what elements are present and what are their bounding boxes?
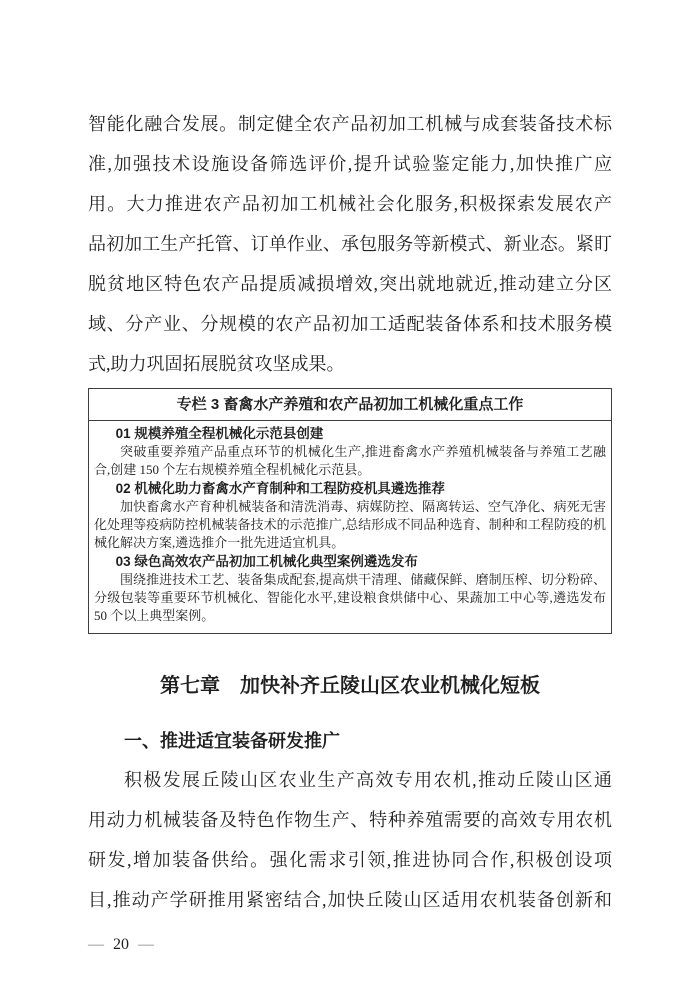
callout-item-01: 01 规模养殖全程机械化示范县创建 突破重要养殖产品重点环节的机械化生产,推进畜… <box>94 424 606 479</box>
chapter-heading: 第七章加快补齐丘陵山区农业机械化短板 <box>88 672 612 700</box>
callout-item-03: 03 绿色高效农产品初加工机械化典型案例遴选发布 围绕推进技术工艺、装备集成配套… <box>94 552 606 625</box>
text-line: 准,加强技术设施设备筛选评价,提升试验鉴定能力,加快推广应 <box>88 144 612 184</box>
callout-item-body: 突破重要养殖产品重点环节的机械化生产,推进畜禽水产养殖机械装备与养殖工艺融合,创… <box>94 443 606 479</box>
callout-item-heading: 01 规模养殖全程机械化示范县创建 <box>94 424 606 443</box>
section-heading: 一、推进适宜装备研发推广 <box>88 728 612 754</box>
document-page: 智能化融合发展。制定健全农产品初加工机械与成套装备技术标 准,加强技术设施设备筛… <box>0 0 700 989</box>
text-line: 目,推动产学研推用紧密结合,加快丘陵山区适用农机装备创新和 <box>88 880 612 920</box>
page-footer: —20— <box>88 934 612 956</box>
callout-box-title: 专栏 3 畜禽水产养殖和农产品初加工机械化重点工作 <box>89 389 611 421</box>
text-line: 智能化融合发展。制定健全农产品初加工机械与成套装备技术标 <box>88 104 612 144</box>
chapter-title: 加快补齐丘陵山区农业机械化短板 <box>240 675 540 697</box>
text-line: 式,助力巩固拓展脱贫攻坚成果。 <box>88 344 612 384</box>
callout-box: 专栏 3 畜禽水产养殖和农产品初加工机械化重点工作 01 规模养殖全程机械化示范… <box>88 388 612 634</box>
callout-item-heading: 03 绿色高效农产品初加工机械化典型案例遴选发布 <box>94 552 606 571</box>
callout-item-body: 围绕推进技术工艺、装备集成配套,提高烘干清理、储藏保鲜、磨制压榨、切分粉碎、分级… <box>94 571 606 625</box>
callout-box-body: 01 规模养殖全程机械化示范县创建 突破重要养殖产品重点环节的机械化生产,推进畜… <box>89 421 611 633</box>
text-line: 研发,增加装备供给。强化需求引领,推进协同合作,积极创设项 <box>88 840 612 880</box>
callout-item-body: 加快畜禽水产育种机械装备和清洗消毒、病媒防控、隔离转运、空气净化、病死无害化处理… <box>94 498 606 552</box>
text-line: 域、分产业、分规模的农产品初加工适配装备体系和技术服务模 <box>88 304 612 344</box>
page-number: 20 <box>113 936 129 953</box>
callout-item-heading: 02 机械化助力畜禽水产育制种和工程防疫机具遴选推荐 <box>94 479 606 498</box>
text-line: 用。大力推进农产品初加工机械社会化服务,积极探索发展农产 <box>88 184 612 224</box>
chapter-label: 第七章 <box>160 675 220 697</box>
paragraph-intro: 智能化融合发展。制定健全农产品初加工机械与成套装备技术标 准,加强技术设施设备筛… <box>88 104 612 384</box>
text-line: 用动力机械装备及特色作物生产、特种养殖需要的高效专用农机 <box>88 800 612 840</box>
text-line: 积极发展丘陵山区农业生产高效专用农机,推动丘陵山区通 <box>88 760 612 800</box>
text-line: 脱贫地区特色农产品提质减损增效,突出就地就近,推动建立分区 <box>88 264 612 304</box>
footer-dash-left: — <box>88 936 104 953</box>
paragraph-body: 积极发展丘陵山区农业生产高效专用农机,推动丘陵山区通 用动力机械装备及特色作物生… <box>88 760 612 920</box>
callout-item-02: 02 机械化助力畜禽水产育制种和工程防疫机具遴选推荐 加快畜禽水产育种机械装备和… <box>94 479 606 552</box>
footer-dash-right: — <box>138 936 154 953</box>
text-line: 品初加工生产托管、订单作业、承包服务等新模式、新业态。紧盯 <box>88 224 612 264</box>
